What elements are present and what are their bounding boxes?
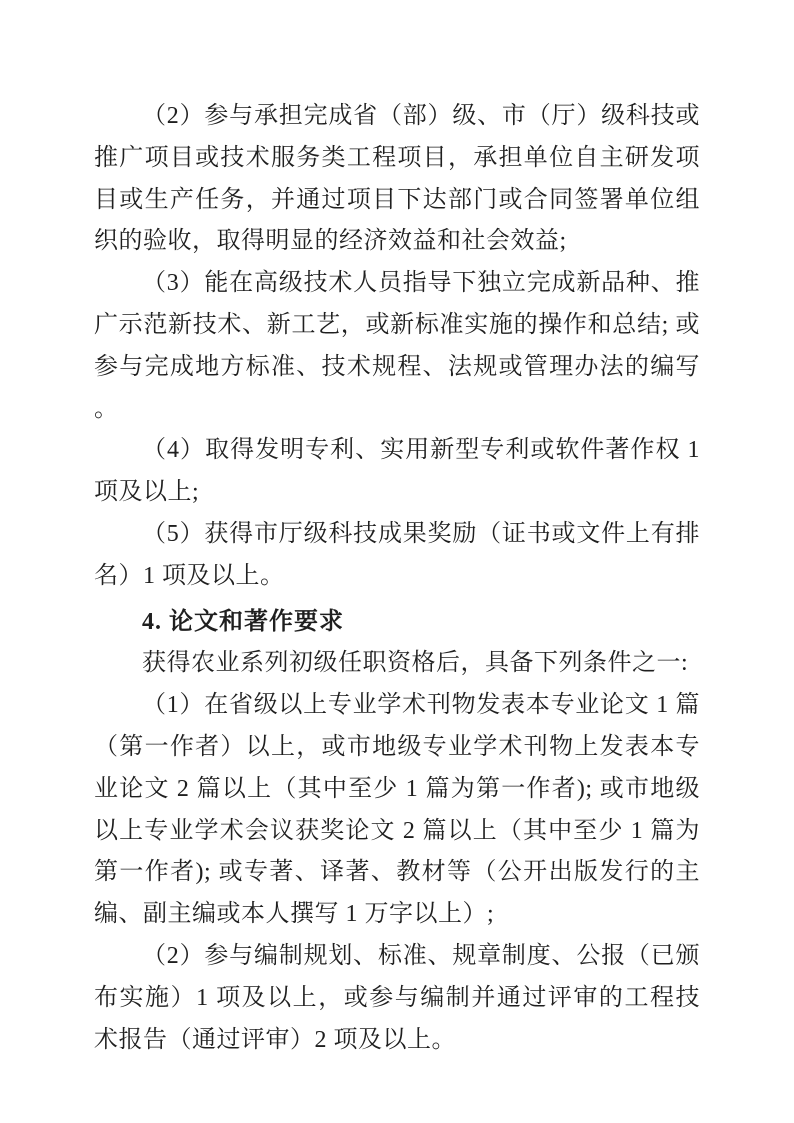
body-paragraph: （2）参与承担完成省（部）级、市（厅）级科技或推广项目或技术服务类工程项目，承担… <box>94 96 700 263</box>
body-paragraph: （2）参与编制规划、标准、规章制度、公报（已颁布实施）1 项及以上，或参与编制并… <box>94 936 700 1061</box>
body-paragraph: （4）取得发明专利、实用新型专利或软件著作权 1 项及以上; <box>94 430 700 514</box>
body-paragraph: 获得农业系列初级任职资格后，具备下列条件之一: <box>94 643 700 685</box>
body-paragraph: （1）在省级以上专业学术刊物发表本专业论文 1 篇（第一作者）以上，或市地级专业… <box>94 685 700 936</box>
document-text-block: （2）参与承担完成省（部）级、市（厅）级科技或推广项目或技术服务类工程项目，承担… <box>94 96 700 1061</box>
section-heading: 4. 论文和著作要求 <box>94 602 700 644</box>
body-paragraph: （3）能在高级技术人员指导下独立完成新品种、推广示范新技术、新工艺，或新标准实施… <box>94 263 700 430</box>
body-paragraph: （5）获得市厅级科技成果奖励（证书或文件上有排名）1 项及以上。 <box>94 514 700 598</box>
document-page: （2）参与承担完成省（部）级、市（厅）级科技或推广项目或技术服务类工程项目，承担… <box>0 0 794 1123</box>
